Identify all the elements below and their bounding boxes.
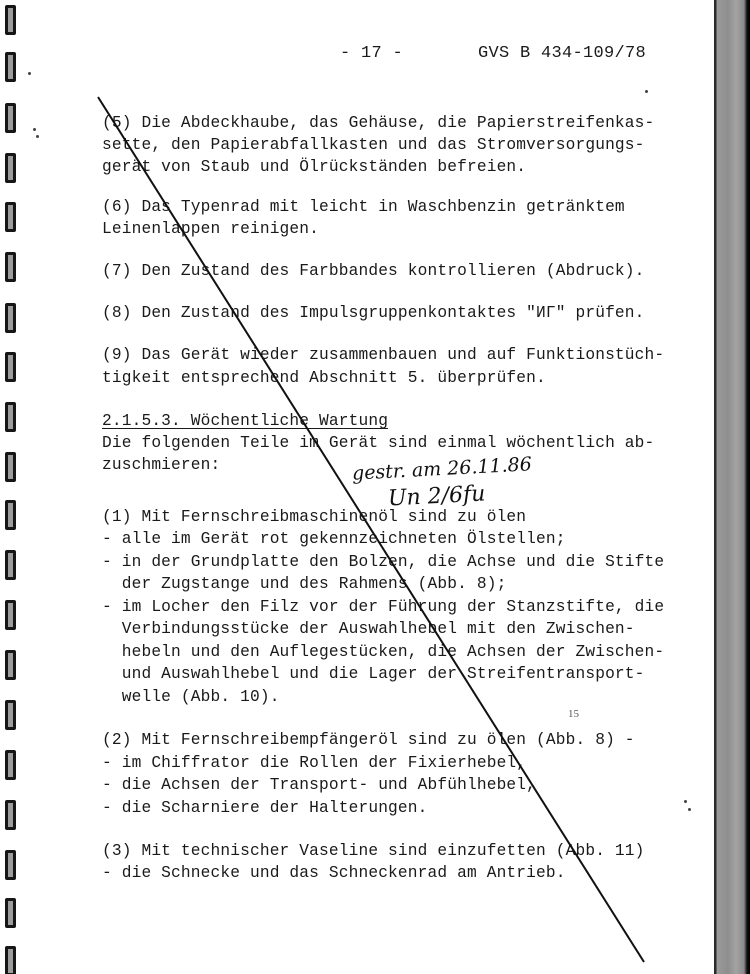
scan-speck	[684, 800, 687, 803]
page-number: - 17 -	[340, 44, 403, 63]
binder-hole-icon	[5, 303, 16, 333]
binder-hole-icon	[5, 5, 16, 35]
text-line: - die Schnecke und das Schneckenrad am A…	[102, 864, 566, 882]
binder-hole-icon	[5, 252, 16, 282]
text-line: Leinenlappen reinigen.	[102, 220, 319, 238]
text-line: - in der Grundplatte den Bolzen, die Ach…	[102, 553, 664, 571]
binder-hole-icon	[5, 600, 16, 630]
text-line: - die Achsen der Transport- und Abfühlhe…	[102, 776, 536, 794]
scan-speck	[645, 90, 648, 93]
scan-speck	[36, 135, 39, 138]
text-line: - die Scharniere der Halterungen.	[102, 799, 428, 817]
text-line: gerät von Staub und Ölrückständen befrei…	[102, 158, 526, 176]
text-line: - im Chiffrator die Rollen der Fixierheb…	[102, 754, 526, 772]
handwritten-signature: Un 2/6fu	[387, 481, 486, 511]
binder-hole-icon	[5, 850, 16, 880]
text-line: hebeln und den Auflegestücken, die Achse…	[102, 643, 664, 661]
binder-hole-icon	[5, 750, 16, 780]
doc-reference: GVS B 434-109/78	[478, 44, 646, 63]
margin-mark: 15	[568, 708, 579, 720]
handwritten-note: gestr. am 26.11.86	[352, 453, 533, 484]
binder-hole-icon	[5, 650, 16, 680]
text-line: - im Locher den Filz vor der Führung der…	[102, 598, 664, 616]
text-line: (7) Den Zustand des Farbbandes kontrolli…	[102, 262, 645, 280]
binder-hole-icon	[5, 700, 16, 730]
binder-hole-icon	[5, 402, 16, 432]
text-line: (5) Die Abdeckhaube, das Gehäuse, die Pa…	[102, 114, 654, 132]
text-line: (1) Mit Fernschreibmaschinenöl sind zu ö…	[102, 508, 526, 526]
binder-hole-icon	[5, 800, 16, 830]
document-page: - 17 - GVS B 434-109/78 (5) Die Abdeckha…	[0, 0, 750, 974]
text-line: (6) Das Typenrad mit leicht in Waschbenz…	[102, 198, 625, 216]
binder-hole-icon	[5, 52, 16, 82]
section-heading: 2.1.5.3. Wöchentliche Wartung	[102, 412, 388, 430]
text-line: Die folgenden Teile im Gerät sind einmal…	[102, 434, 654, 452]
text-line: und Auswahlhebel und die Lager der Strei…	[102, 665, 645, 683]
binder-hole-icon	[5, 500, 16, 530]
text-line: Verbindungsstücke der Auswahlhebel mit d…	[102, 620, 635, 638]
binder-hole-icon	[5, 452, 16, 482]
scan-speck	[688, 808, 691, 811]
binder-hole-icon	[5, 103, 16, 133]
binder-hole-icon	[5, 898, 16, 928]
binder-hole-icon	[5, 946, 16, 974]
text-line: der Zugstange und des Rahmens (Abb. 8);	[102, 575, 506, 593]
binder-hole-icon	[5, 352, 16, 382]
text-line: zuschmieren:	[102, 456, 220, 474]
binder-hole-icon	[5, 153, 16, 183]
text-line: (3) Mit technischer Vaseline sind einzuf…	[102, 842, 645, 860]
text-line: (8) Den Zustand des Impulsgruppenkontakt…	[102, 304, 645, 322]
text-line: welle (Abb. 10).	[102, 688, 280, 706]
binder-hole-icon	[5, 550, 16, 580]
text-line: sette, den Papierabfallkasten und das St…	[102, 136, 645, 154]
binder-hole-icon	[5, 202, 16, 232]
text-line: (9) Das Gerät wieder zusammenbauen und a…	[102, 346, 664, 364]
scan-speck	[28, 72, 31, 75]
text-line: tigkeit entsprechend Abschnitt 5. überpr…	[102, 369, 546, 387]
page-edge-shadow	[714, 0, 750, 974]
text-line: - alle im Gerät rot gekennzeichneten Öls…	[102, 530, 566, 548]
scan-speck	[33, 128, 36, 131]
text-line: (2) Mit Fernschreibempfängeröl sind zu ö…	[102, 731, 635, 749]
